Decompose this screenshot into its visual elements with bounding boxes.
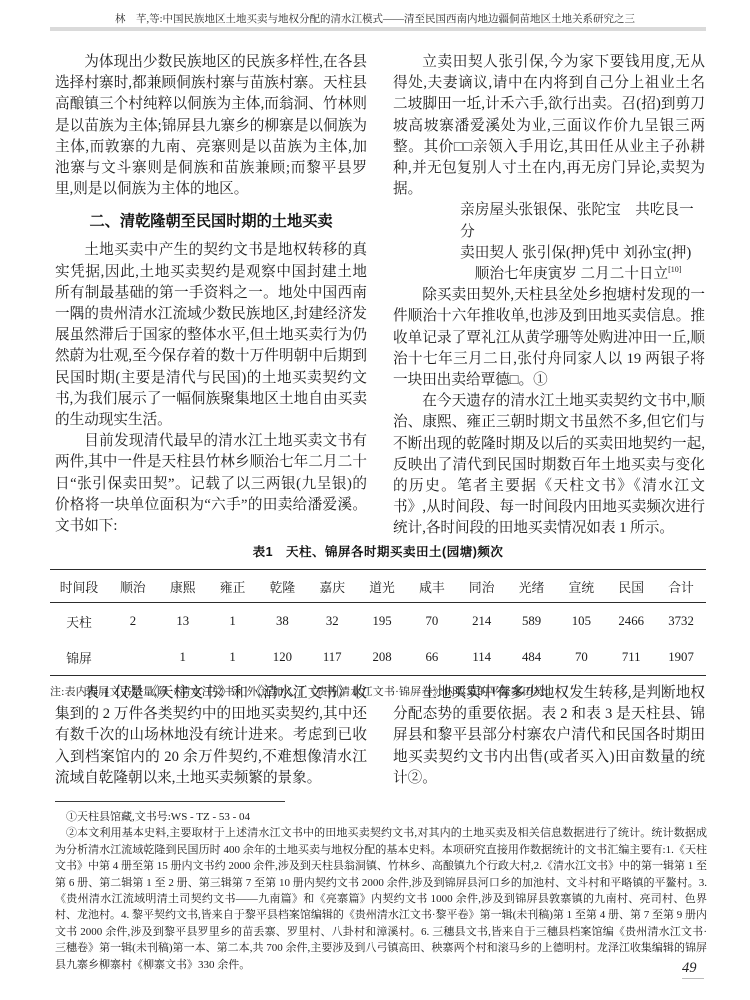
left-column-bottom: 表 1 仅是《天柱文书》和《清水江文书》收集到的 2 万件各类契约中的田地买卖契…	[55, 683, 367, 789]
footnote-1: ①天柱县馆藏,文书号:WS - TZ - 53 - 04	[55, 809, 707, 825]
col-header: 道光	[357, 570, 407, 603]
col-header: 乾隆	[257, 570, 307, 603]
cell: 38	[257, 603, 307, 640]
col-header: 康熙	[158, 570, 208, 603]
cell: 589	[507, 603, 557, 640]
paragraph: 除买卖田契外,天柱县坌处乡抱塘村发现的一件顺治十六年推收单,也涉及到田地买卖信息…	[393, 285, 705, 391]
cell: 3732	[656, 603, 706, 640]
footnote-2: ②本文利用基本史料,主要取材于上述清水江文书中的田地买卖契约文书,对其内的土地买…	[55, 825, 707, 973]
paragraph: 目前发现清代最早的清水江土地买卖文书有两件,其中一件是天柱县竹林乡顺治七年二月二…	[55, 431, 367, 537]
paragraph: 土地买卖中产生的契约文书是地权转移的真实凭据,因此,土地买卖契约是观察中国封建土…	[55, 240, 367, 431]
frequency-table: 时间段 顺治 康熙 雍正 乾隆 嘉庆 道光 咸丰 同治 光绪 宣统 民国 合计 …	[50, 569, 706, 676]
bottom-columns: 表 1 仅是《天柱文书》和《清水江文书》收集到的 2 万件各类契约中的田地买卖契…	[55, 683, 705, 789]
section-heading: 二、清乾隆朝至民国时期的土地买卖	[55, 210, 367, 231]
cell: 208	[357, 639, 407, 676]
col-header: 光绪	[507, 570, 557, 603]
cell: 2466	[606, 603, 656, 640]
footnote-marker: [10]	[668, 265, 681, 274]
col-header: 嘉庆	[307, 570, 357, 603]
cell: 117	[307, 639, 357, 676]
cell: 1907	[656, 639, 706, 676]
cell: 484	[507, 639, 557, 676]
col-header: 顺治	[108, 570, 158, 603]
cell: 32	[307, 603, 357, 640]
cell: 66	[407, 639, 457, 676]
signature-date: 顺治七年庚寅岁 二月二十日立	[475, 266, 668, 282]
paragraph: 在今天遗存的清水江土地买卖契约文书中,顺治、康熙、雍正三朝时期文书虽然不多,但它…	[393, 391, 705, 539]
paragraph: 为体现出少数民族地区的民族多样性,在各县选择村寨时,都兼顾侗族村寨与苗族村寨。天…	[55, 52, 367, 200]
col-header: 咸丰	[407, 570, 457, 603]
col-header: 合计	[656, 570, 706, 603]
col-header: 雍正	[208, 570, 258, 603]
cell: 711	[606, 639, 656, 676]
row-label: 天柱	[50, 603, 108, 640]
paragraph: 表 1 仅是《天柱文书》和《清水江文书》收集到的 2 万件各类契约中的田地买卖契…	[55, 683, 367, 789]
cell: 105	[556, 603, 606, 640]
running-head: 林 芊,等:中国民族地区土地买卖与地权分配的清水江模式——清至民国西南内地边疆侗…	[50, 11, 700, 26]
top-columns: 为体现出少数民族地区的民族多样性,在各县选择村寨时,都兼顾侗族村寨与苗族村寨。天…	[55, 52, 705, 540]
col-header: 民国	[606, 570, 656, 603]
cell: 70	[407, 603, 457, 640]
contract-quote: 立卖田契人张引保,今为家下要钱用度,无从得处,夫妻谪议,请中在内将到自己分上祖业…	[393, 52, 705, 200]
row-label: 锦屏	[50, 639, 108, 676]
col-header: 同治	[457, 570, 507, 603]
signature-line: 亲房屋头张银保、张陀宝 共吃艮一分	[393, 200, 705, 242]
page-number: 49	[682, 960, 704, 979]
table-1-block: 表1 天柱、锦屏各时期买卖田土(园塘)频次 时间段 顺治 康熙 雍正 乾隆 嘉庆…	[50, 542, 706, 699]
paragraph: 土地买卖中有多少地权发生转移,是判断地权分配态势的重要依据。表 2 和表 3 是…	[393, 683, 705, 789]
cell: 114	[457, 639, 507, 676]
cell: 120	[257, 639, 307, 676]
header-rule	[50, 27, 706, 31]
left-column: 为体现出少数民族地区的民族多样性,在各县选择村寨时,都兼顾侗族村寨与苗族村寨。天…	[55, 52, 367, 540]
table-row: 天柱 2 13 1 38 32 195 70 214 589 105 2466 …	[50, 603, 706, 640]
right-column-bottom: 土地买卖中有多少地权发生转移,是判断地权分配态势的重要依据。表 2 和表 3 是…	[393, 683, 705, 789]
cell: 214	[457, 603, 507, 640]
table-title: 表1 天柱、锦屏各时期买卖田土(园塘)频次	[50, 542, 706, 560]
table-row: 锦屏 1 1 120 117 208 66 114 484 70 711 190…	[50, 639, 706, 676]
cell: 70	[556, 639, 606, 676]
signature-line: 卖田契人 张引保(押)凭中 刘孙宝(押)	[393, 243, 705, 264]
cell: 195	[357, 603, 407, 640]
cell	[108, 639, 158, 676]
signature-line: 顺治七年庚寅岁 二月二十日立[10]	[393, 264, 705, 285]
cell: 2	[108, 603, 158, 640]
col-header: 宣统	[556, 570, 606, 603]
col-header: 时间段	[50, 570, 108, 603]
cell: 1	[208, 603, 258, 640]
right-column: 立卖田契人张引保,今为家下要钱用度,无从得处,夫妻谪议,请中在内将到自己分上祖业…	[393, 52, 705, 540]
table-header-row: 时间段 顺治 康熙 雍正 乾隆 嘉庆 道光 咸丰 同治 光绪 宣统 民国 合计	[50, 570, 706, 603]
cell: 13	[158, 603, 208, 640]
cell: 1	[158, 639, 208, 676]
paper-page: { "page": { "header": "林 芊,等:中国民族地区土地买卖与…	[0, 0, 750, 1000]
footnotes: ①天柱县馆藏,文书号:WS - TZ - 53 - 04 ②本文利用基本史料,主…	[55, 809, 707, 973]
cell: 1	[208, 639, 258, 676]
footnote-rule	[55, 801, 285, 802]
